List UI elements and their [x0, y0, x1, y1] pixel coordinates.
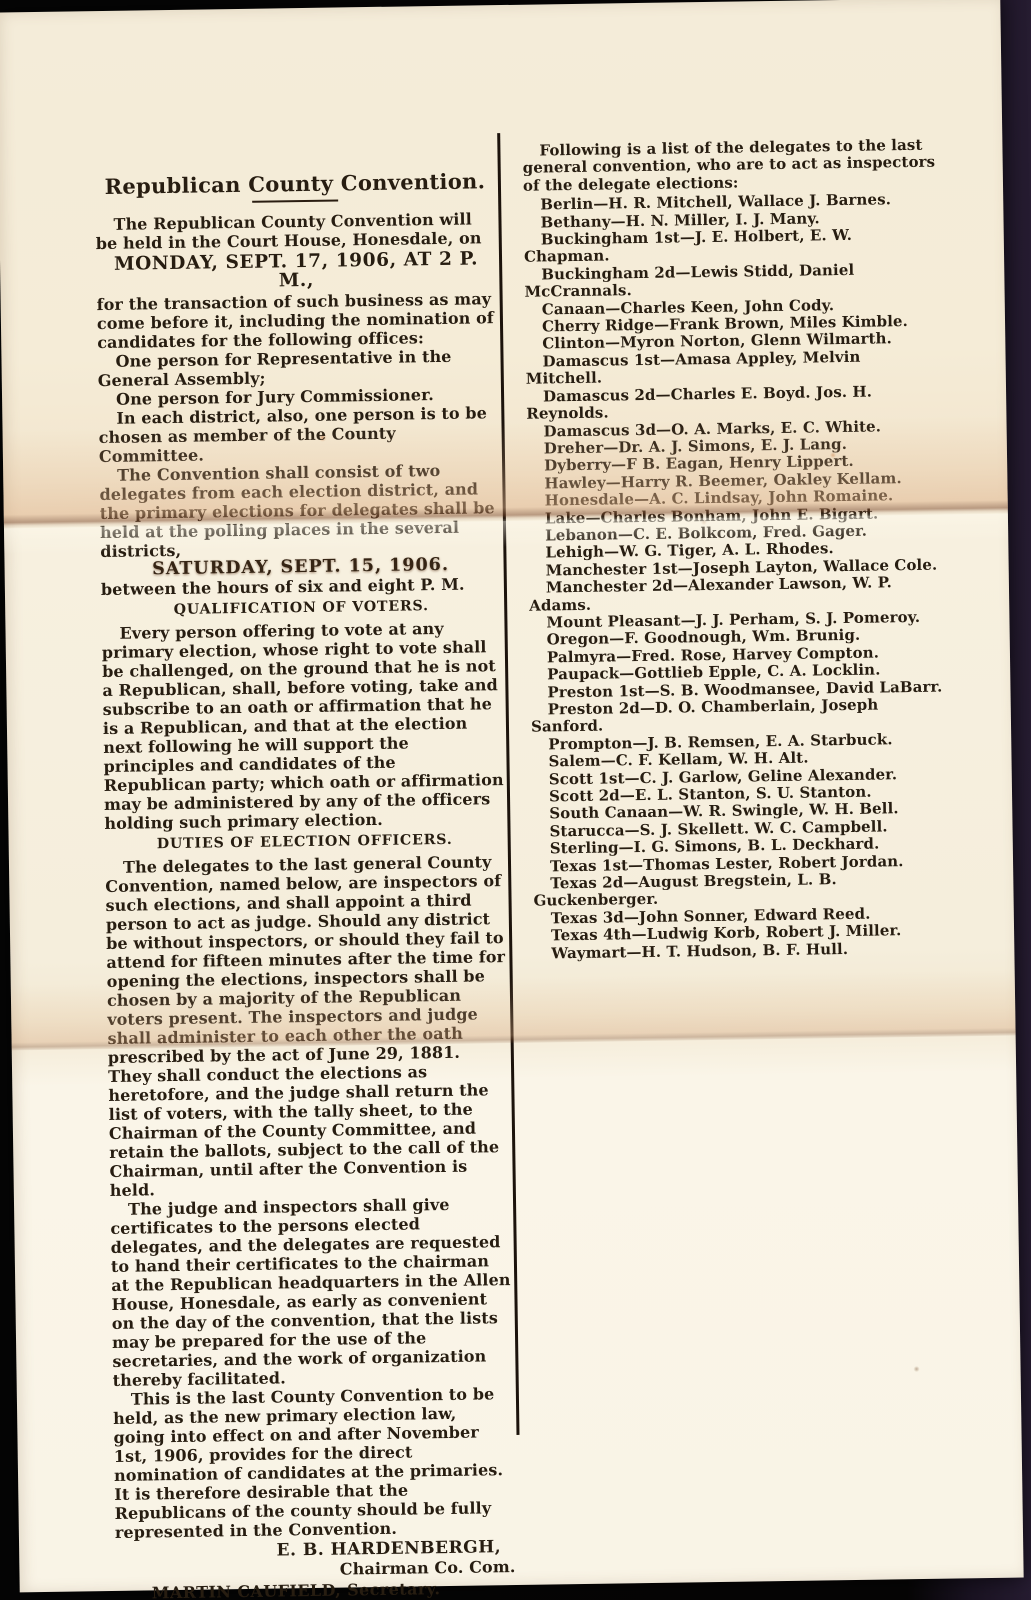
office-item-representative: One person for Representative in the Gen…: [97, 347, 498, 391]
district-member-paragraph: In each district, also, one person is to…: [98, 404, 499, 467]
title-underline-rule: [252, 199, 338, 203]
duties-heading: DUTIES OF ELECTION OFFICERS.: [105, 830, 505, 855]
delegate-entry: Waymart—H. T. Hudson, B. F. Hull.: [534, 939, 948, 963]
last-convention-paragraph: This is the last County Convention to be…: [113, 1384, 515, 1542]
document-paper: Republican County Convention. The Republ…: [0, 0, 1024, 1592]
duties-paragraph: The delegates to the last general County…: [105, 852, 510, 1200]
convention-composition-paragraph: The Convention shall consist of two dele…: [99, 461, 500, 562]
convention-date-line: MONDAY, SEPT. 17, 1906, AT 2 P. M.,: [96, 250, 497, 294]
left-column: Republican County Convention. The Republ…: [95, 171, 516, 1600]
right-column: Following is a list of the delegates to …: [522, 137, 948, 963]
business-paragraph: for the transaction of such business as …: [97, 290, 498, 353]
qualification-paragraph: Every person offering to vote at any pri…: [101, 618, 504, 833]
secretary-line: MARTIN CAUFIELD, Secretary.: [152, 1578, 516, 1600]
delegate-list-intro: Following is a list of the delegates to …: [522, 137, 937, 195]
intro-paragraph: The Republican County Convention will be…: [95, 210, 496, 254]
scan-background: Republican County Convention. The Republ…: [0, 0, 1031, 1600]
page-title: Republican County Convention.: [95, 171, 495, 196]
certificates-paragraph: The judge and inspectors shall give cert…: [110, 1194, 513, 1390]
qualification-heading: QUALIFICATION OF VOTERS.: [101, 597, 501, 622]
delegate-list: Berlin—H. R. Mitchell, Wallace J. Barnes…: [523, 191, 948, 963]
